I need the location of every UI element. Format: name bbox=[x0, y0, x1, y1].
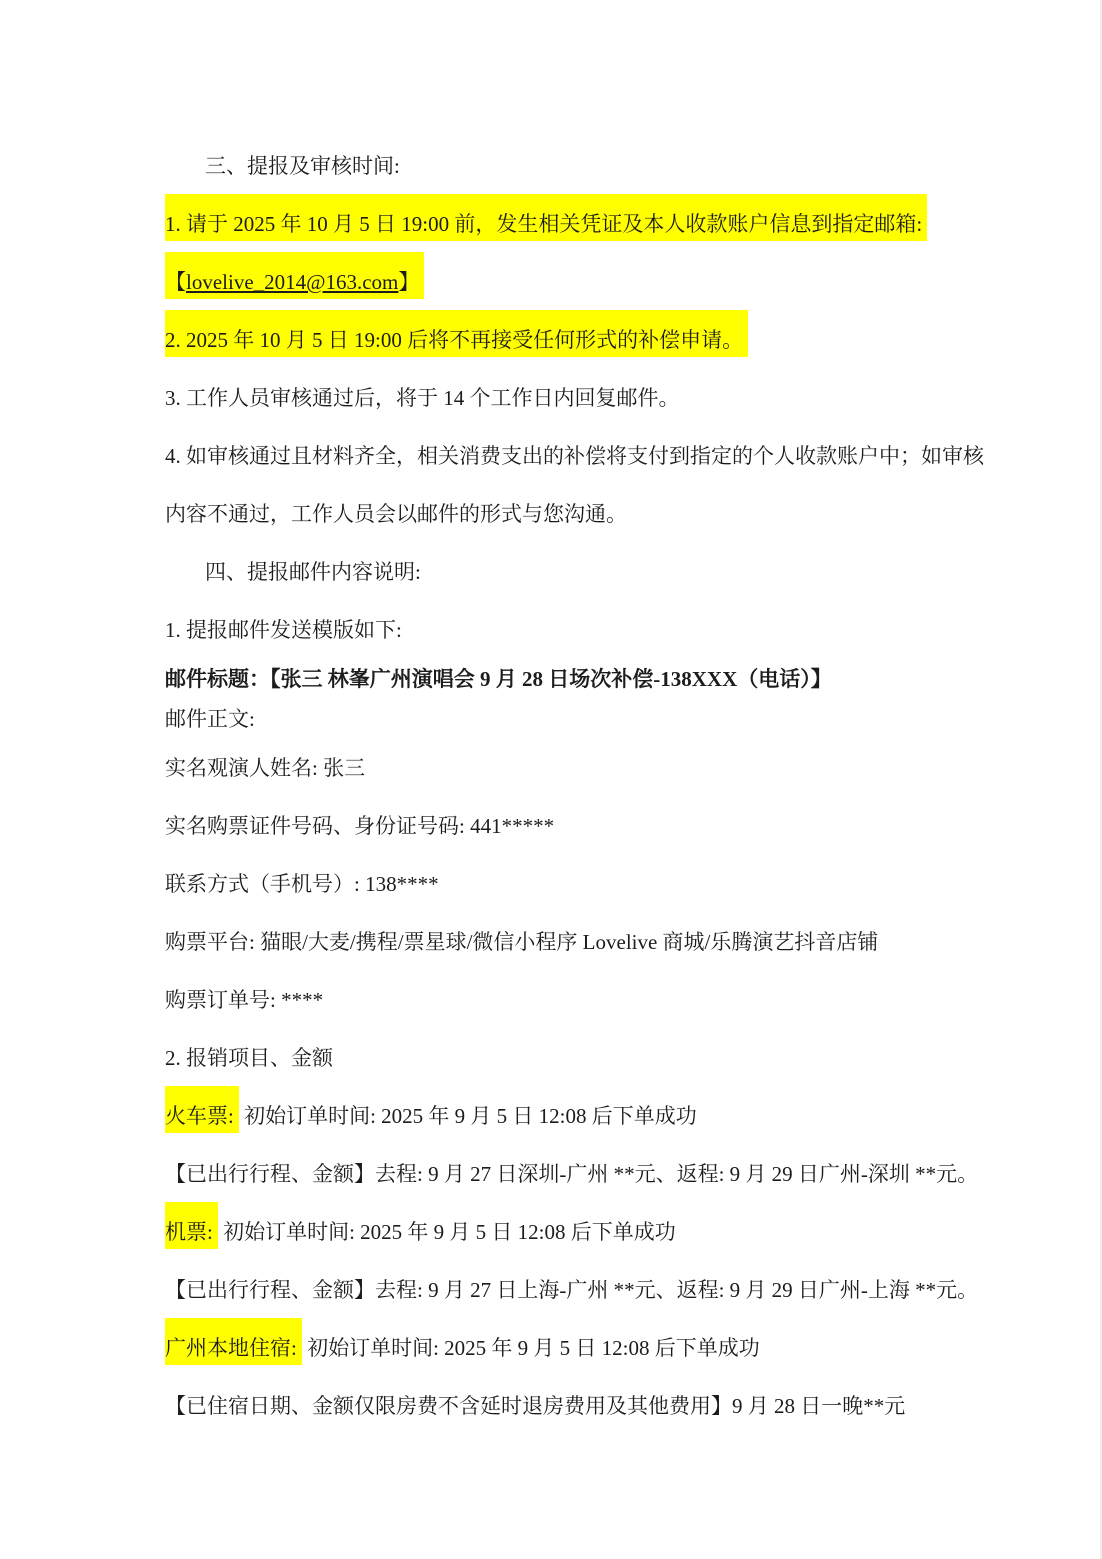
payment-line-1: 4. 如审核通过且材料齐全，相关消费支出的补偿将支付到指定的个人收款账户中；如审… bbox=[165, 427, 980, 485]
template-intro-line: 1. 提报邮件发送模版如下: bbox=[165, 601, 980, 659]
email-address-highlight: 【lovelive_2014@163.com】 bbox=[165, 252, 424, 299]
email-body-label-line: 邮件正文: bbox=[165, 699, 980, 739]
email-body-label-text: 邮件正文: bbox=[165, 707, 255, 731]
flight-ticket-line: 机票: 初始订单时间: 2025 年 9 月 5 日 12:08 后下单成功 bbox=[165, 1203, 980, 1261]
train-ticket-highlight: 火车票: bbox=[165, 1086, 239, 1133]
order-number-text: 购票订单号: **** bbox=[165, 988, 323, 1012]
train-ticket-line: 火车票: 初始订单时间: 2025 年 9 月 5 日 12:08 后下单成功 bbox=[165, 1087, 980, 1145]
train-ticket-text: 初始订单时间: 2025 年 9 月 5 日 12:08 后下单成功 bbox=[244, 1104, 697, 1128]
flight-ticket-text: 初始订单时间: 2025 年 9 月 5 日 12:08 后下单成功 bbox=[223, 1220, 676, 1244]
email-address-line: 【lovelive_2014@163.com】 bbox=[165, 253, 980, 311]
platform-line: 购票平台: 猫眼/大麦/携程/票星球/微信小程序 Lovelive 商城/乐腾演… bbox=[165, 913, 980, 971]
hotel-detail-line: 【已住宿日期、金额仅限房费不含延时退房费用及其他费用】9 月 28 日一晚**元 bbox=[165, 1377, 980, 1435]
flight-trip-text: 【已出行行程、金额】去程: 9 月 27 日上海-广州 **元、返程: 9 月 … bbox=[165, 1278, 978, 1302]
order-number-line: 购票订单号: **** bbox=[165, 971, 980, 1029]
hotel-highlight: 广州本地住宿: bbox=[165, 1318, 302, 1365]
hotel-line: 广州本地住宿: 初始订单时间: 2025 年 9 月 5 日 12:08 后下单… bbox=[165, 1319, 980, 1377]
email-subject-line: 邮件标题：【张三 林峯广州演唱会 9 月 28 日场次补偿-138XXX（电话）… bbox=[165, 659, 980, 699]
flight-trip-line: 【已出行行程、金额】去程: 9 月 27 日上海-广州 **元、返程: 9 月 … bbox=[165, 1261, 980, 1319]
platform-text: 购票平台: 猫眼/大麦/携程/票星球/微信小程序 Lovelive 商城/乐腾演… bbox=[165, 930, 878, 954]
phone-text: 联系方式（手机号）: 138**** bbox=[165, 872, 439, 896]
id-number-line: 实名购票证件号码、身份证号码: 441***** bbox=[165, 797, 980, 855]
section-3-heading: 三、提报及审核时间: bbox=[165, 137, 980, 195]
train-trip-text: 【已出行行程、金额】去程: 9 月 27 日深圳-广州 **元、返程: 9 月 … bbox=[165, 1162, 978, 1186]
reimburse-heading-text: 2. 报销项目、金额 bbox=[165, 1046, 333, 1070]
review-reply-line: 3. 工作人员审核通过后，将于 14 个工作日内回复邮件。 bbox=[165, 369, 980, 427]
section-4-heading: 四、提报邮件内容说明: bbox=[165, 543, 980, 601]
attendee-name-line: 实名观演人姓名: 张三 bbox=[165, 739, 980, 797]
payment-line-2: 内容不通过，工作人员会以邮件的形式与您沟通。 bbox=[165, 485, 980, 543]
section-4-heading-text: 四、提报邮件内容说明: bbox=[205, 560, 421, 584]
payment-text-1: 4. 如审核通过且材料齐全，相关消费支出的补偿将支付到指定的个人收款账户中；如审… bbox=[165, 444, 984, 468]
payment-text-2: 内容不通过，工作人员会以邮件的形式与您沟通。 bbox=[165, 502, 627, 526]
deadline-notice-highlight: 1. 请于 2025 年 10 月 5 日 19:00 前，发生相关凭证及本人收… bbox=[165, 194, 927, 241]
document-page: 三、提报及审核时间: 1. 请于 2025 年 10 月 5 日 19:00 前… bbox=[0, 0, 1102, 1559]
email-subject-text: 邮件标题：【张三 林峯广州演唱会 9 月 28 日场次补偿-138XXX（电话）… bbox=[165, 667, 832, 691]
flight-ticket-highlight: 机票: bbox=[165, 1202, 218, 1249]
email-bracket-open: 【 bbox=[165, 270, 186, 294]
phone-line: 联系方式（手机号）: 138**** bbox=[165, 855, 980, 913]
email-link[interactable]: lovelive_2014@163.com bbox=[186, 270, 398, 294]
email-bracket-close: 】 bbox=[398, 270, 419, 294]
late-policy-line: 2. 2025 年 10 月 5 日 19:00 后将不再接受任何形式的补偿申请… bbox=[165, 311, 980, 369]
template-intro-text: 1. 提报邮件发送模版如下: bbox=[165, 618, 402, 642]
train-trip-line: 【已出行行程、金额】去程: 9 月 27 日深圳-广州 **元、返程: 9 月 … bbox=[165, 1145, 980, 1203]
review-reply-text: 3. 工作人员审核通过后，将于 14 个工作日内回复邮件。 bbox=[165, 386, 680, 410]
deadline-notice-line: 1. 请于 2025 年 10 月 5 日 19:00 前，发生相关凭证及本人收… bbox=[165, 195, 980, 253]
hotel-text: 初始订单时间: 2025 年 9 月 5 日 12:08 后下单成功 bbox=[307, 1336, 760, 1360]
section-3-heading-text: 三、提报及审核时间: bbox=[205, 154, 400, 178]
late-policy-highlight: 2. 2025 年 10 月 5 日 19:00 后将不再接受任何形式的补偿申请… bbox=[165, 310, 748, 357]
id-number-text: 实名购票证件号码、身份证号码: 441***** bbox=[165, 814, 554, 838]
attendee-name-text: 实名观演人姓名: 张三 bbox=[165, 756, 365, 780]
reimburse-heading-line: 2. 报销项目、金额 bbox=[165, 1029, 980, 1087]
hotel-detail-text: 【已住宿日期、金额仅限房费不含延时退房费用及其他费用】9 月 28 日一晚**元 bbox=[165, 1394, 905, 1418]
